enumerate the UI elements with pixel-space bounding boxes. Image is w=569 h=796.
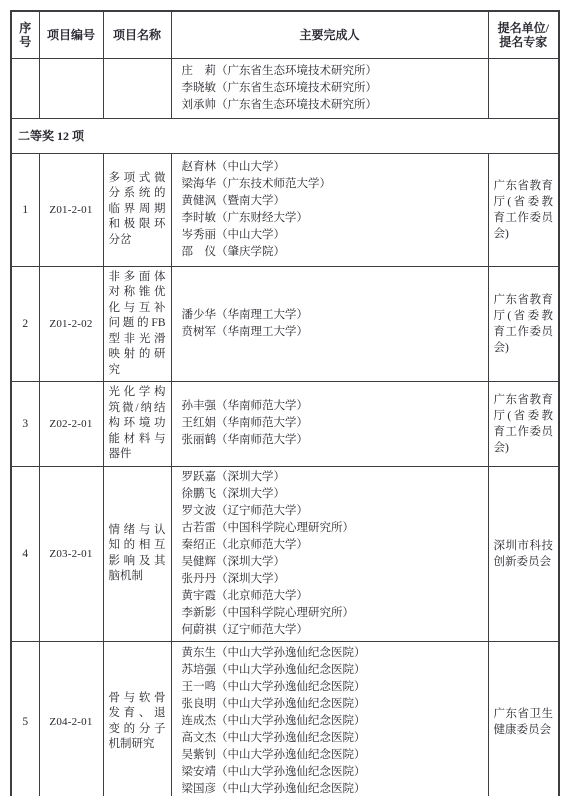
- person-entry: 苏培强（中山大学孙逸仙纪念医院）: [182, 662, 484, 679]
- award-row: 4Z03-2-01情绪与认知的相互影响及其脑机制罗跃嘉（深圳大学）徐鹏飞（深圳大…: [11, 466, 559, 641]
- column-header-code: 项目编号: [39, 11, 103, 58]
- serial-number-cell: [11, 58, 39, 118]
- project-name-cell: 骨与软骨发育、退变的分子机制研究: [103, 641, 171, 796]
- person-entry: 秦绍正（北京师范大学）: [182, 537, 484, 554]
- column-header-people: 主要完成人: [171, 11, 488, 58]
- nominator-cell: [488, 58, 559, 118]
- person-entry: 张良明（中山大学孙逸仙纪念医院）: [182, 696, 484, 713]
- person-entry: 邵 仪（肇庆学院）: [182, 244, 484, 261]
- person-entry: 梁海华（广东技术师范大学）: [182, 176, 484, 193]
- person-entry: 赵育林（中山大学）: [182, 159, 484, 176]
- column-header-nominator: 提名单位/ 提名专家: [488, 11, 559, 58]
- project-code-cell: Z02-2-01: [39, 382, 103, 467]
- person-entry: 罗文波（辽宁师范大学）: [182, 503, 484, 520]
- person-entry: 吴紫钊（中山大学孙逸仙纪念医院）: [182, 747, 484, 764]
- person-entry: 张丹丹（深圳大学）: [182, 571, 484, 588]
- project-name-cell: [103, 58, 171, 118]
- person-entry: 李新影（中国科学院心理研究所）: [182, 605, 484, 622]
- table-header: 序 号 项目编号 项目名称 主要完成人 提名单位/ 提名专家: [11, 11, 559, 58]
- person-entry: 连成杰（中山大学孙逸仙纪念医院）: [182, 713, 484, 730]
- project-code-cell: Z01-2-01: [39, 153, 103, 266]
- column-header-serial: 序 号: [11, 11, 39, 58]
- person-entry: 潘少华（华南理工大学）: [182, 307, 484, 324]
- nominator-cell: 广东省教育厅(省委教育工作委员会): [488, 382, 559, 467]
- person-entry: 孙丰强（华南师范大学）: [182, 398, 484, 415]
- project-code-cell: [39, 58, 103, 118]
- person-entry: 高文杰（中山大学孙逸仙纪念医院）: [182, 730, 484, 747]
- person-entry: 黄健沨（暨南大学）: [182, 193, 484, 210]
- award-row: 5Z04-2-01骨与软骨发育、退变的分子机制研究黄东生（中山大学孙逸仙纪念医院…: [11, 641, 559, 796]
- nominator-cell: 深圳市科技创新委员会: [488, 466, 559, 641]
- person-entry: 刘承帅（广东省生态环境技术研究所）: [182, 97, 484, 114]
- section-header: 二等奖 12 项: [11, 118, 559, 153]
- person-entry: 梁安靖（中山大学孙逸仙纪念医院）: [182, 764, 484, 781]
- project-code-cell: Z01-2-02: [39, 266, 103, 382]
- project-name-cell: 多项式微分系统的临界周期和极限环分岔: [103, 153, 171, 266]
- person-entry: 李时敏（广东财经大学）: [182, 210, 484, 227]
- person-entry: 贲树军（华南理工大学）: [182, 324, 484, 341]
- section-row: 二等奖 12 项: [11, 118, 559, 153]
- people-cell: 孙丰强（华南师范大学）王红娟（华南师范大学）张丽鹤（华南师范大学）: [171, 382, 488, 467]
- person-entry: 徐鹏飞（深圳大学）: [182, 486, 484, 503]
- column-header-name: 项目名称: [103, 11, 171, 58]
- people-cell: 黄东生（中山大学孙逸仙纪念医院）苏培强（中山大学孙逸仙纪念医院）王一鸣（中山大学…: [171, 641, 488, 796]
- project-name-cell: 情绪与认知的相互影响及其脑机制: [103, 466, 171, 641]
- document-page: 序 号 项目编号 项目名称 主要完成人 提名单位/ 提名专家 庄 莉（广东省生态…: [0, 0, 569, 796]
- header-row: 序 号 项目编号 项目名称 主要完成人 提名单位/ 提名专家: [11, 11, 559, 58]
- person-entry: 罗跃嘉（深圳大学）: [182, 469, 484, 486]
- person-entry: 李晓敏（广东省生态环境技术研究所）: [182, 80, 484, 97]
- people-cell: 赵育林（中山大学）梁海华（广东技术师范大学）黄健沨（暨南大学）李时敏（广东财经大…: [171, 153, 488, 266]
- person-entry: 黄宇霞（北京师范大学）: [182, 588, 484, 605]
- table-body: 庄 莉（广东省生态环境技术研究所）李晓敏（广东省生态环境技术研究所）刘承帅（广东…: [11, 58, 559, 796]
- serial-number-cell: 3: [11, 382, 39, 467]
- people-cell: 潘少华（华南理工大学）贲树军（华南理工大学）: [171, 266, 488, 382]
- person-entry: 何蔚祺（辽宁师范大学）: [182, 622, 484, 639]
- project-code-cell: Z03-2-01: [39, 466, 103, 641]
- nominator-cell: 广东省卫生健康委员会: [488, 641, 559, 796]
- person-entry: 黄东生（中山大学孙逸仙纪念医院）: [182, 645, 484, 662]
- serial-number-cell: 4: [11, 466, 39, 641]
- project-name-cell: 非多面体对称锥优化与互补问题的FB型非光滑映射的研究: [103, 266, 171, 382]
- person-entry: 梁国彦（中山大学孙逸仙纪念医院）: [182, 781, 484, 796]
- project-code-cell: Z04-2-01: [39, 641, 103, 796]
- table-row-continuation: 庄 莉（广东省生态环境技术研究所）李晓敏（广东省生态环境技术研究所）刘承帅（广东…: [11, 58, 559, 118]
- awards-table: 序 号 项目编号 项目名称 主要完成人 提名单位/ 提名专家 庄 莉（广东省生态…: [10, 10, 560, 796]
- people-cell: 庄 莉（广东省生态环境技术研究所）李晓敏（广东省生态环境技术研究所）刘承帅（广东…: [171, 58, 488, 118]
- person-entry: 吴健辉（深圳大学）: [182, 554, 484, 571]
- person-entry: 古若雷（中国科学院心理研究所）: [182, 520, 484, 537]
- serial-number-cell: 5: [11, 641, 39, 796]
- person-entry: 王一鸣（中山大学孙逸仙纪念医院）: [182, 679, 484, 696]
- people-cell: 罗跃嘉（深圳大学）徐鹏飞（深圳大学）罗文波（辽宁师范大学）古若雷（中国科学院心理…: [171, 466, 488, 641]
- award-row: 2Z01-2-02非多面体对称锥优化与互补问题的FB型非光滑映射的研究潘少华（华…: [11, 266, 559, 382]
- award-row: 1Z01-2-01多项式微分系统的临界周期和极限环分岔赵育林（中山大学）梁海华（…: [11, 153, 559, 266]
- person-entry: 庄 莉（广东省生态环境技术研究所）: [182, 63, 484, 80]
- project-name-cell: 光化学构筑微/纳结构环境功能材料与器件: [103, 382, 171, 467]
- person-entry: 岑秀丽（中山大学）: [182, 227, 484, 244]
- nominator-cell: 广东省教育厅(省委教育工作委员会): [488, 153, 559, 266]
- nominator-cell: 广东省教育厅(省委教育工作委员会): [488, 266, 559, 382]
- award-row: 3Z02-2-01光化学构筑微/纳结构环境功能材料与器件孙丰强（华南师范大学）王…: [11, 382, 559, 467]
- serial-number-cell: 1: [11, 153, 39, 266]
- person-entry: 张丽鹤（华南师范大学）: [182, 432, 484, 449]
- person-entry: 王红娟（华南师范大学）: [182, 415, 484, 432]
- serial-number-cell: 2: [11, 266, 39, 382]
